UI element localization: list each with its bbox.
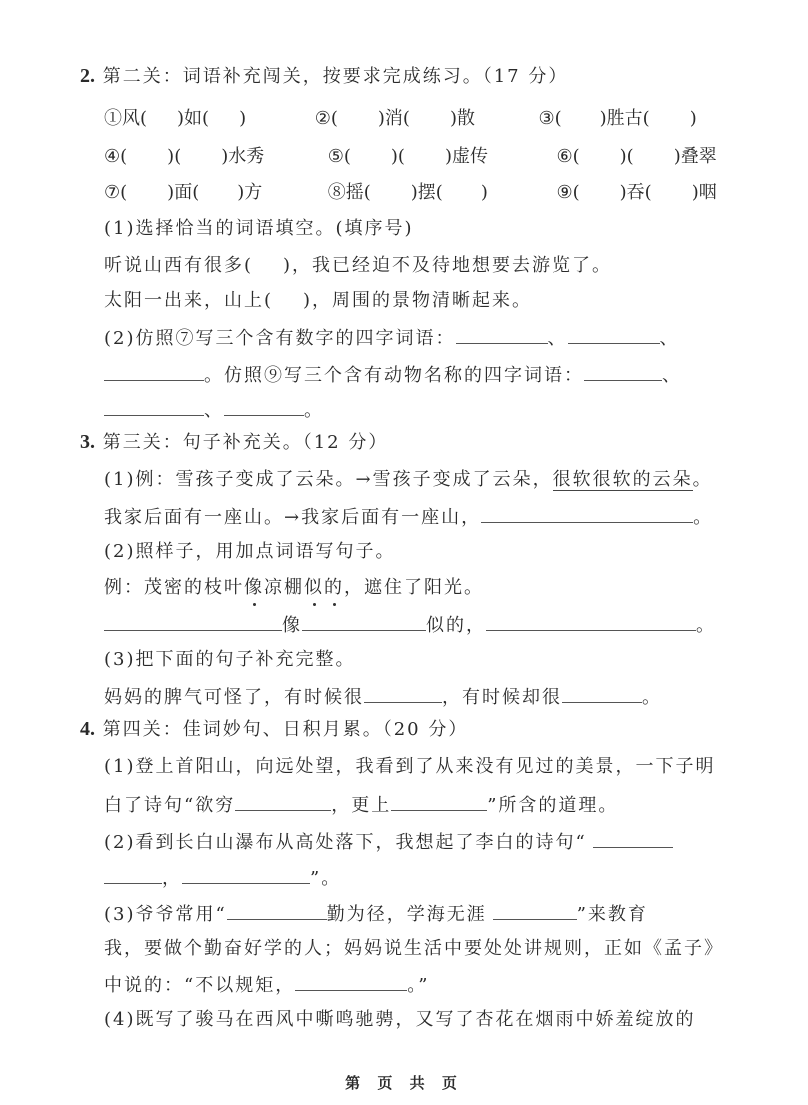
section-3-heading: 3. 第三关：句子补充关。（12 分） xyxy=(80,430,388,455)
answer-blank[interactable] xyxy=(562,684,642,703)
q2-2-line-1: (2)仿照⑦写三个含有数字的四字词语：、、 xyxy=(104,325,680,351)
answer-blank[interactable] xyxy=(302,612,426,631)
idiom-row-2: ④()()水秀 ⑤()()虚传 ⑥()()叠翠 xyxy=(104,145,717,169)
section-number: 4. xyxy=(80,718,95,740)
q4-1-line-2: 白了诗句“欲穷，更上”所含的道理。 xyxy=(104,792,618,818)
idiom-item-3: ③()胜古() xyxy=(538,107,696,131)
answer-blank[interactable] xyxy=(568,325,660,344)
q3-2-label: (2)照样子，用加点词语写句子。 xyxy=(104,540,396,564)
q2-1-label: (1)选择恰当的词语填空。(填序号) xyxy=(104,217,414,241)
answer-blank[interactable] xyxy=(456,325,548,344)
idiom-item-8: ⑧摇()摆() xyxy=(328,181,551,205)
section-4-heading: 4. 第四关：佳词妙句、日积月累。（20 分） xyxy=(80,717,468,742)
answer-blank[interactable] xyxy=(493,901,577,920)
idiom-item-9: ⑨()吞()咽 xyxy=(556,181,716,205)
q3-1-task: 我家后面有一座山。→我家后面有一座山，。 xyxy=(104,504,713,530)
answer-blank[interactable] xyxy=(104,865,162,884)
idiom-item-7: ⑦()面()方 xyxy=(104,181,322,205)
answer-blank[interactable] xyxy=(481,504,693,523)
section-title: 第三关：句子补充关。（12 分） xyxy=(103,432,389,453)
idiom-row-3: ⑦()面()方 ⑧摇()摆() ⑨()吞()咽 xyxy=(104,181,717,205)
q4-4-line-1: (4)既写了骏马在西风中嘶鸣驰骋，又写了杏花在烟雨中娇羞绽放的 xyxy=(104,1008,696,1032)
section-2-heading: 2. 第二关：词语补充闯关，按要求完成练习。（17 分） xyxy=(80,64,568,89)
q2-1-sentence-1: 听说山西有很多()，我已经迫不及待地想要去游览了。 xyxy=(104,254,612,278)
answer-blank[interactable] xyxy=(295,972,407,991)
idiom-item-1: ①风()如() xyxy=(104,107,309,131)
answer-blank[interactable] xyxy=(182,865,310,884)
q3-3-label: (3)把下面的句子补充完整。 xyxy=(104,648,356,672)
idiom-item-5: ⑤()()虚传 xyxy=(328,145,551,169)
answer-blank[interactable] xyxy=(104,612,282,631)
answer-blank[interactable] xyxy=(235,792,331,811)
q2-2-line-3: 、。 xyxy=(104,397,324,423)
q2-1-sentence-2: 太阳一出来，山上()，周围的景物清晰起来。 xyxy=(104,289,532,313)
section-number: 3. xyxy=(80,431,95,453)
answer-blank[interactable] xyxy=(224,397,304,416)
answer-blank[interactable] xyxy=(486,612,696,631)
idiom-item-2: ②()消()散 xyxy=(315,107,533,131)
section-title: 第四关：佳词妙句、日积月累。（20 分） xyxy=(103,719,469,740)
section-title: 第二关：词语补充闯关，按要求完成练习。（17 分） xyxy=(103,66,569,87)
section-number: 2. xyxy=(80,65,95,87)
q3-2-answer: 像似的，。 xyxy=(104,612,716,638)
answer-blank[interactable] xyxy=(104,362,204,381)
q4-1-line-1: (1)登上首阳山，向远处望，我看到了从来没有见过的美景，一下子明 xyxy=(104,755,716,779)
q3-2-example: 例：茂密的枝叶像凉棚似的，遮住了阳光。 xyxy=(104,576,484,600)
answer-blank[interactable] xyxy=(104,397,204,416)
answer-blank[interactable] xyxy=(593,829,673,848)
q3-3-sentence: 妈妈的脾气可怪了，有时候很，有时候却很。 xyxy=(104,684,662,710)
q4-2-line-2: ，”。 xyxy=(104,865,341,891)
answer-blank[interactable] xyxy=(227,901,327,920)
idiom-item-6: ⑥()()叠翠 xyxy=(556,145,716,169)
answer-blank[interactable] xyxy=(584,362,662,381)
page-footer: 第 页 共 页 xyxy=(0,1072,808,1093)
q2-2-line-2: 。仿照⑨写三个含有动物名称的四字词语：、 xyxy=(104,362,682,388)
q4-3-line-3: 中说的：“不以规矩，。” xyxy=(104,972,429,998)
answer-blank[interactable] xyxy=(364,684,442,703)
q4-3-line-1: (3)爷爷常用“勤为径，学海无涯”来教育 xyxy=(104,901,648,927)
q3-1-example: (1)例：雪孩子变成了云朵。→雪孩子变成了云朵，很软很软的云朵。 xyxy=(104,468,713,492)
idiom-row-1: ①风()如() ②()消()散 ③()胜古() xyxy=(104,107,697,131)
q4-2-line-1: (2)看到长白山瀑布从高处落下，我想起了李白的诗句“ xyxy=(104,829,673,855)
q4-3-line-2: 我，要做个勤奋好学的人；妈妈说生活中要处处讲规则，正如《孟子》 xyxy=(104,937,724,961)
answer-blank[interactable] xyxy=(391,792,487,811)
idiom-item-4: ④()()水秀 xyxy=(104,145,322,169)
